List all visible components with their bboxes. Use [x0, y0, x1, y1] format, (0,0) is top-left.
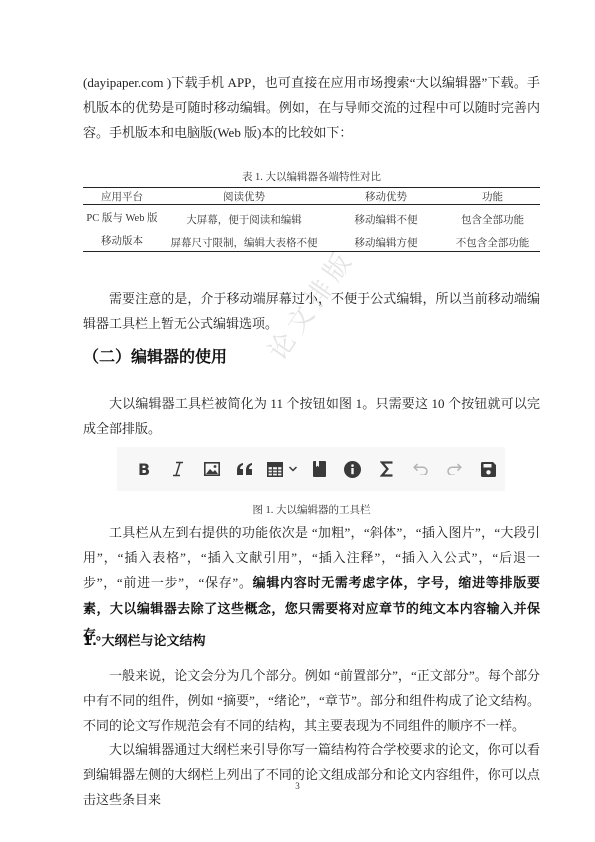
undo-button[interactable] — [404, 457, 438, 481]
insert-citation-button[interactable] — [302, 457, 336, 481]
table-cell: 屏幕尺寸限制，编辑大表格不便 — [161, 234, 327, 252]
insert-note-button[interactable] — [336, 457, 370, 481]
table-icon — [267, 462, 283, 477]
table-header: 阅读优势 — [161, 188, 327, 205]
italic-button[interactable] — [161, 457, 195, 481]
table-header: 移动优势 — [327, 188, 445, 205]
document-page: 论文排版 (dayipaper.com )下载手机 APP，也可直接在应用市场搜… — [0, 0, 595, 842]
bold-icon: B — [137, 461, 151, 477]
table-row: 移动版本 屏幕尺寸限制，编辑大表格不便 移动编辑方便 不包含全部功能 — [83, 234, 540, 252]
table-cell: 不包含全部功能 — [445, 234, 540, 252]
chevron-down-icon — [288, 465, 298, 473]
redo-button[interactable] — [437, 457, 471, 481]
table-caption: 表 1. 大以编辑器各端特性对比 — [83, 169, 540, 184]
figure-caption: 图 1. 大以编辑器的工具栏 — [83, 502, 540, 517]
blockquote-button[interactable] — [228, 457, 262, 481]
insert-table-button[interactable] — [262, 457, 302, 481]
save-button[interactable] — [471, 457, 505, 481]
floppy-disk-icon — [481, 462, 496, 477]
svg-text:B: B — [138, 461, 150, 477]
table-cell: 包含全部功能 — [445, 205, 540, 234]
italic-icon — [171, 461, 185, 477]
section-heading: （二）编辑器的使用 — [83, 344, 227, 367]
table-cell: 大屏幕，便于阅读和编辑 — [161, 205, 327, 234]
table-header: 应用平台 — [83, 188, 161, 205]
insert-image-button[interactable] — [195, 457, 229, 481]
table-row: PC 版与 Web 版 大屏幕，便于阅读和编辑 移动编辑不便 包含全部功能 — [83, 205, 540, 234]
undo-icon — [413, 463, 429, 475]
table-cell: 移动编辑方便 — [327, 234, 445, 252]
redo-icon — [446, 463, 462, 475]
section-paragraph: 大以编辑器工具栏被简化为 11 个按钮如图 1。只需要这 10 个按钮就可以完成… — [83, 391, 540, 441]
bookmark-book-icon — [313, 461, 326, 477]
subsection-heading: 1. 大纲栏与论文结构 — [83, 630, 206, 649]
structure-paragraph: 一般来说，论文会分为几个部分。例如 “前置部分”，“正文部分”。每个部分中有不同… — [83, 663, 540, 738]
note-paragraph: 需要注意的是，介于移动端屏幕过小，不便于公式编辑，所以当前移动端编辑器工具栏上暂… — [83, 286, 540, 336]
outline-paragraph: 大以编辑器通过大纲栏来引导你写一篇结构符合学校要求的论文，你可以看到编辑器左侧的… — [83, 737, 540, 812]
toolbar-description: 工具栏从左到右提供的功能依次是 “加粗”，“斜体”，“插入图片”，“大段引用”，… — [83, 520, 540, 648]
editor-toolbar: B — [117, 447, 505, 491]
info-circle-icon — [344, 461, 361, 478]
insert-formula-button[interactable] — [370, 457, 404, 481]
table-cell: 移动编辑不便 — [327, 205, 445, 234]
table-header: 功能 — [445, 188, 540, 205]
comparison-table: 应用平台 阅读优势 移动优势 功能 PC 版与 Web 版 大屏幕，便于阅读和编… — [83, 187, 540, 252]
sigma-icon — [380, 461, 394, 477]
image-icon — [204, 462, 220, 476]
bold-button[interactable]: B — [127, 457, 161, 481]
table-cell: 移动版本 — [83, 234, 161, 252]
table-cell: PC 版与 Web 版 — [83, 205, 161, 234]
table-header-row: 应用平台 阅读优势 移动优势 功能 — [83, 188, 540, 205]
quote-icon — [237, 463, 253, 475]
intro-paragraph: (dayipaper.com )下载手机 APP，也可直接在应用市场搜索“大以编… — [83, 70, 540, 145]
page-number: 3 — [0, 781, 595, 791]
